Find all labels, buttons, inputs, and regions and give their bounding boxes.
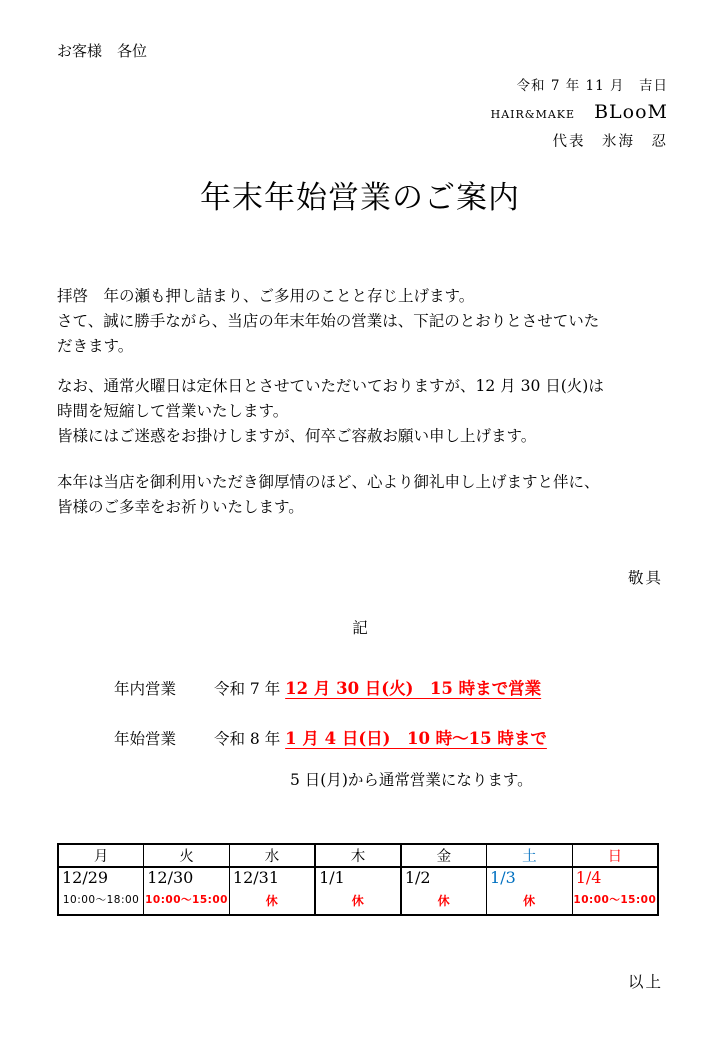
representative: 代表 氷海 忍 [57,130,668,151]
hours-wed: 休 [230,892,314,909]
hours-mon: 10:00～18:00 [59,892,143,907]
date-mon: 12/29 [59,868,143,887]
closing-ijou: 以上 [57,970,663,992]
new-year-era: 令和 8 年 [214,730,280,748]
day-header-wed: 水 [229,844,315,867]
cell-tue: 12/30 10:00～15:00 [144,867,230,915]
year-end-detail: 12 月 30 日(火) 15 時まで営業 [285,679,541,698]
date-tue: 12/30 [144,868,229,887]
hours-sat: 休 [487,892,572,909]
table-body-row: 12/29 10:00～18:00 12/30 10:00～15:00 12/3… [58,867,658,915]
cell-fri: 1/2 休 [401,867,487,915]
hours-tue: 10:00～15:00 [144,892,229,907]
hours-thu: 休 [316,892,400,909]
day-header-sun: 日 [572,844,658,867]
day-header-sat: 土 [487,844,573,867]
record-marker: 記 [57,616,663,638]
new-year-detail: 1 月 4 日(日) 10 時～15 時まで [285,729,547,748]
table-header-row: 月 火 水 木 金 土 日 [58,844,658,867]
brand-name: BLooM [594,101,668,123]
cell-thu: 1/1 休 [315,867,401,915]
year-end-era: 令和 7 年 [214,680,280,698]
cell-sun: 1/4 10:00～15:00 [572,867,658,915]
sender-block: 令和 7 年 11 月 吉日 HAIR&MAKE BLooM 代表 氷海 忍 [57,74,668,151]
hours-sun: 10:00～15:00 [573,892,657,907]
cell-sat: 1/3 休 [487,867,573,915]
date-wed: 12/31 [230,868,314,887]
date-sat: 1/3 [487,868,572,887]
cell-mon: 12/29 10:00～18:00 [58,867,144,915]
day-header-tue: 火 [144,844,230,867]
paragraph-line: 拝啓 年の瀬も押し詰まり、ご多用のことと存じ上げます。 [57,284,673,309]
brand-prefix: HAIR&MAKE [491,108,575,121]
paragraph-line: だきます。 [57,334,673,359]
paragraph-line: なお、通常火曜日は定休日とさせていただいておりますが、12 月 30 日(火)は [57,374,673,399]
paragraph-greeting: 拝啓 年の瀬も押し詰まり、ご多用のことと存じ上げます。 さて、誠に勝手ながら、当… [57,284,673,359]
salutation: お客様 各位 [57,40,147,61]
closing-keigu: 敬具 [57,566,663,588]
paragraph-line: さて、誠に勝手ながら、当店の年末年始の営業は、下記のとおりとさせていた [57,309,673,334]
new-year-hours-row: 年始営業令和 8 年 1 月 4 日(日) 10 時～15 時まで [114,725,547,749]
day-header-thu: 木 [315,844,401,867]
date-sun: 1/4 [573,868,657,887]
issue-date: 令和 7 年 11 月 吉日 [57,74,668,94]
date-fri: 1/2 [402,868,486,887]
year-end-label: 年内営業 [114,677,214,699]
paragraph-line: 本年は当店を御利用いただき御厚情のほど、心より御礼申し上げますと伴に、 [57,470,673,495]
new-year-label: 年始営業 [114,727,214,749]
date-thu: 1/1 [316,868,400,887]
paragraph-line: 皆様のご多幸をお祈りいたします。 [57,495,673,520]
year-end-hours-row: 年内営業令和 7 年 12 月 30 日(火) 15 時まで営業 [114,675,541,699]
paragraph-line: 皆様にはご迷惑をお掛けしますが、何卒ご容赦お願い申し上げます。 [57,424,673,449]
notice-document: お客様 各位 令和 7 年 11 月 吉日 HAIR&MAKE BLooM 代表… [0,0,720,1040]
day-header-mon: 月 [58,844,144,867]
page-title: 年末年始営業のご案内 [57,172,663,217]
hours-fri: 休 [402,892,486,909]
business-hours-table: 月 火 水 木 金 土 日 12/29 10:00～18:00 12/30 10… [57,843,659,916]
paragraph-line: 時間を短縮して営業いたします。 [57,399,673,424]
cell-wed: 12/31 休 [229,867,315,915]
paragraph-thanks: 本年は当店を御利用いただき御厚情のほど、心より御礼申し上げますと伴に、 皆様のご… [57,470,673,520]
day-header-fri: 金 [401,844,487,867]
normal-business-note: 5 日(月)から通常営業になります。 [290,768,533,790]
paragraph-notice: なお、通常火曜日は定休日とさせていただいておりますが、12 月 30 日(火)は… [57,374,673,449]
brand-line: HAIR&MAKE BLooM [57,101,668,126]
